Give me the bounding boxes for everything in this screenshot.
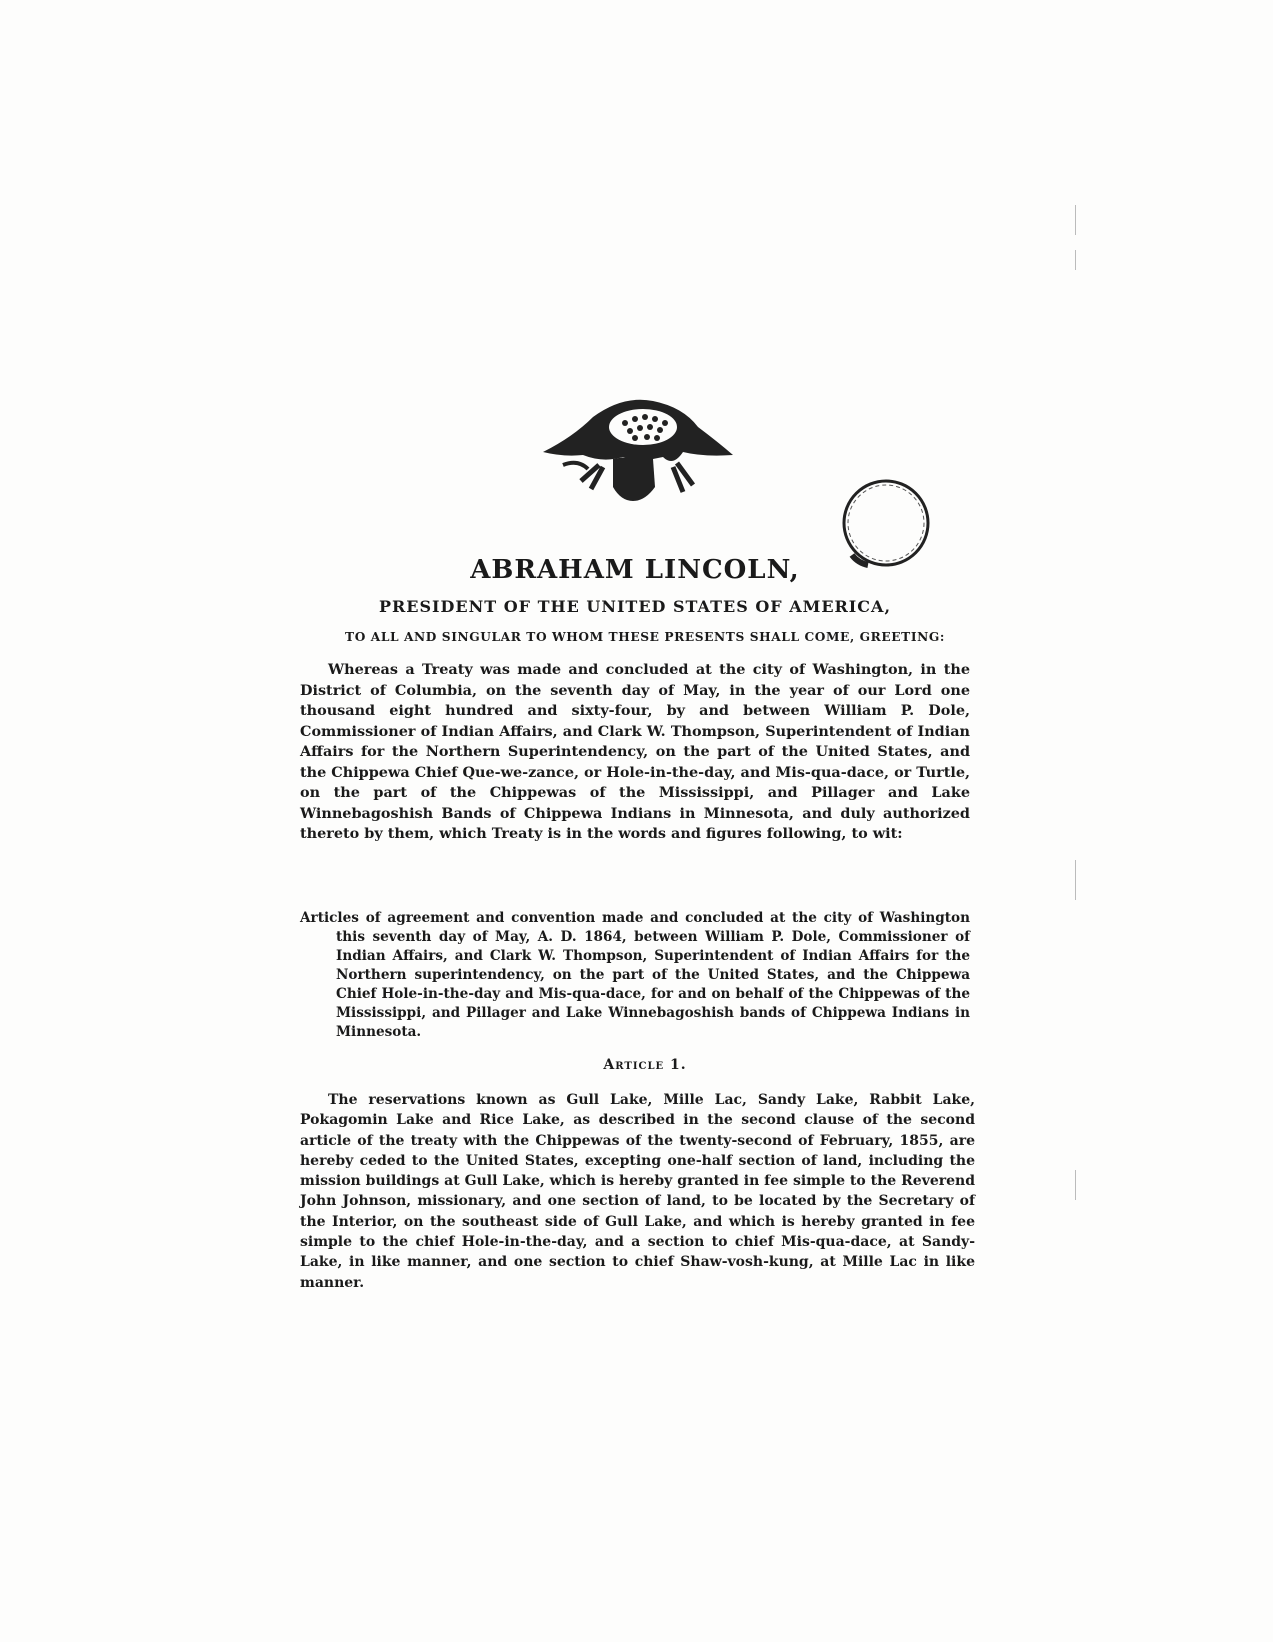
proclamation-subtitle: PRESIDENT OF THE UNITED STATES OF AMERIC… [330, 597, 940, 616]
margin-mark [1075, 205, 1076, 235]
preamble-paragraph: Whereas a Treaty was made and concluded … [300, 660, 970, 845]
margin-mark [1075, 860, 1076, 900]
salutation: TO ALL AND SINGULAR TO WHOM THESE PRESEN… [320, 630, 970, 644]
article-1-paragraph: The reservations known as Gull Lake, Mil… [300, 1090, 975, 1293]
articles-intro-paragraph: Articles of agreement and convention mad… [300, 909, 970, 1042]
margin-mark [1075, 1170, 1076, 1200]
seal-stamp-icon [838, 475, 934, 571]
treaty-page: ABRAHAM LINCOLN, PRESIDENT OF THE UNITED… [0, 0, 1273, 1642]
eagle-emblem-icon [533, 397, 743, 502]
article-heading: Article 1. [520, 1057, 770, 1073]
proclamation-title: ABRAHAM LINCOLN, [470, 555, 800, 585]
margin-mark [1075, 250, 1076, 270]
